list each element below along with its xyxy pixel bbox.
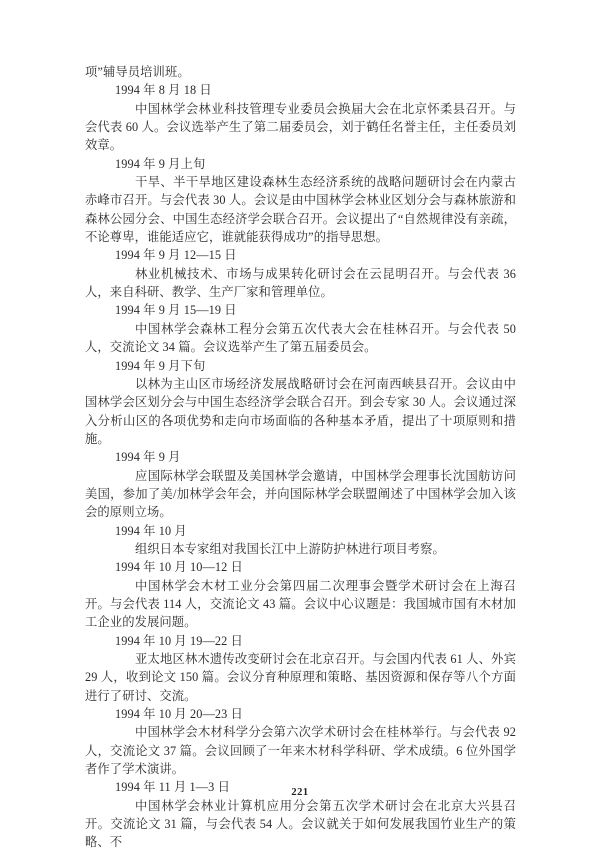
- document-page: 项”辅导员培训班。 1994 年 8 月 18 日 中国林学会林业科技管理专业委…: [0, 0, 600, 848]
- chronicle-entry: 1994 年 10 月 20—23 日 中国林学会木材科学分会第六次学术研讨会在…: [85, 705, 516, 778]
- entry-date: 1994 年 9 月上旬: [85, 155, 516, 173]
- entry-text: 中国林学会森林工程分会第五次代表大会在桂林召开。与会代表 50 人，交流论文 3…: [85, 320, 516, 357]
- chronicle-entry: 1994 年 9 月下旬 以林为主山区市场经济发展战略研讨会在河南西峡县召开。会…: [85, 357, 516, 449]
- chronicle-entry: 1994 年 8 月 18 日 中国林学会林业科技管理专业委员会换届大会在北京怀…: [85, 81, 516, 154]
- chronicle-entry: 1994 年 9 月 应国际林学会联盟及美国林学会邀请，中国林学会理事长沈国舫访…: [85, 448, 516, 521]
- chronicle-entry: 1994 年 9 月上旬 干旱、半干旱地区建设森林生态经济系统的战略问题研讨会在…: [85, 155, 516, 247]
- entry-date: 1994 年 10 月 19—22 日: [85, 632, 516, 650]
- entry-text: 中国林学会林业科技管理专业委员会换届大会在北京怀柔县召开。与会代表 60 人。会…: [85, 100, 516, 155]
- entry-date: 1994 年 9 月: [85, 448, 516, 466]
- entry-date: 1994 年 9 月下旬: [85, 357, 516, 375]
- chronicle-entry: 1994 年 10 月 19—22 日 亚太地区林木遗传改变研讨会在北京召开。与…: [85, 632, 516, 705]
- page-content: 项”辅导员培训班。 1994 年 8 月 18 日 中国林学会林业科技管理专业委…: [85, 63, 516, 848]
- entry-date: 1994 年 9 月 15—19 日: [85, 301, 516, 319]
- entry-text: 应国际林学会联盟及美国林学会邀请，中国林学会理事长沈国舫访问美国，参加了美/加林…: [85, 467, 516, 522]
- entry-text: 中国林学会木材工业分会第四届二次理事会暨学术研讨会在上海召开。与会代表 114 …: [85, 577, 516, 632]
- entry-date: 1994 年 10 月: [85, 522, 516, 540]
- entry-text: 干旱、半干旱地区建设森林生态经济系统的战略问题研讨会在内蒙古赤峰市召开。与会代表…: [85, 173, 516, 246]
- entry-text: 亚太地区林木遗传改变研讨会在北京召开。与会国内代表 61 人、外宾 29 人，收…: [85, 650, 516, 705]
- entry-text: 以林为主山区市场经济发展战略研讨会在河南西峡县召开。会议由中国林学会区划分会与中…: [85, 375, 516, 448]
- page-number: 221: [0, 787, 600, 798]
- chronicle-entry: 1994 年 10 月 组织日本专家组对我国长江中上游防护林进行项目考察。: [85, 522, 516, 559]
- entry-date: 1994 年 8 月 18 日: [85, 81, 516, 99]
- entry-text: 中国林学会木材科学分会第六次学术研讨会在桂林举行。与会代表 92 人，交流论文 …: [85, 723, 516, 778]
- chronicle-entries: 1994 年 8 月 18 日 中国林学会林业科技管理专业委员会换届大会在北京怀…: [85, 81, 516, 848]
- entry-date: 1994 年 10 月 10—12 日: [85, 558, 516, 576]
- chronicle-entry: 1994 年 9 月 12—15 日 林业机械技术、市场与成果转化研讨会在云昆明…: [85, 246, 516, 301]
- entry-date: 1994 年 9 月 12—15 日: [85, 246, 516, 264]
- chronicle-entry: 1994 年 9 月 15—19 日 中国林学会森林工程分会第五次代表大会在桂林…: [85, 301, 516, 356]
- continuation-paragraph: 项”辅导员培训班。: [85, 63, 516, 81]
- chronicle-entry: 1994 年 10 月 10—12 日 中国林学会木材工业分会第四届二次理事会暨…: [85, 558, 516, 631]
- entry-text: 中国林学会林业计算机应用分会第五次学术研讨会在北京大兴县召开。交流论文 31 篇…: [85, 797, 516, 848]
- entry-date: 1994 年 10 月 20—23 日: [85, 705, 516, 723]
- entry-text: 林业机械技术、市场与成果转化研讨会在云昆明召开。与会代表 36 人，来自科研、教…: [85, 265, 516, 302]
- entry-text: 组织日本专家组对我国长江中上游防护林进行项目考察。: [85, 540, 516, 558]
